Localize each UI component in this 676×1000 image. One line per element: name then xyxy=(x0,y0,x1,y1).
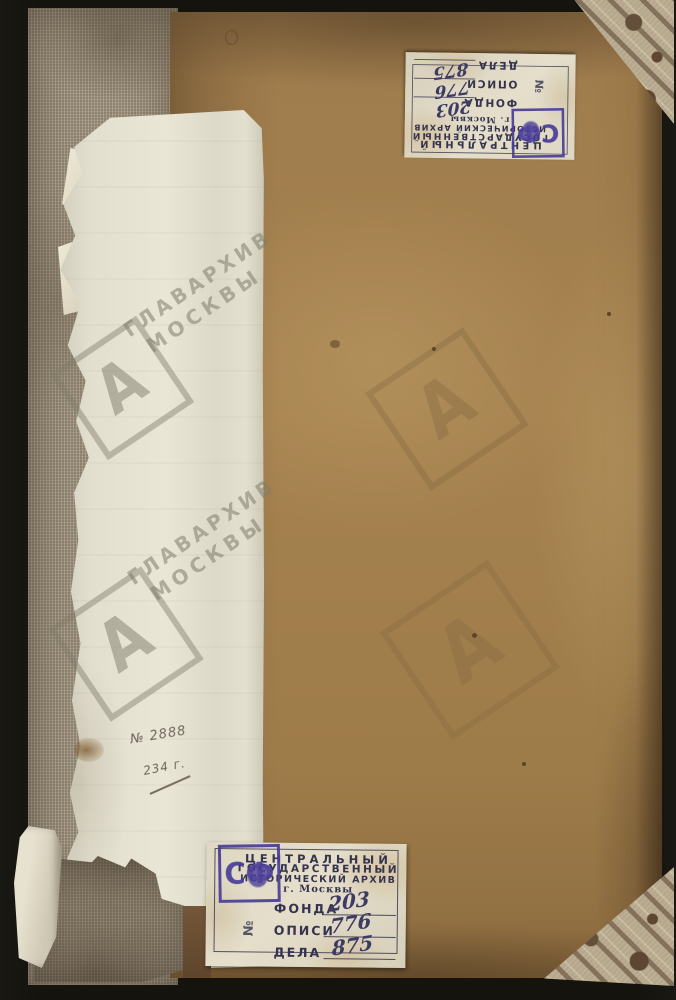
logo-letter: А xyxy=(83,596,167,689)
paper-speck xyxy=(522,762,526,766)
paper-speck xyxy=(607,312,611,316)
delo-label: ДЕЛА xyxy=(273,945,321,960)
opis-label: ОПИСИ xyxy=(465,78,517,91)
cover-edge-shading xyxy=(636,12,662,978)
sf-stamp: СФ xyxy=(511,108,564,158)
logo-letter: А xyxy=(401,358,490,456)
archive-label-top: ЦЕНТРАЛЬНЫЙ ГОСУДАРСТВЕННЫЙ ИСТОРИЧЕСКИЙ… xyxy=(404,52,575,160)
archival-cover-scan: А А ГЛАВАРХИВ МОСКВЫ А ГЛАВАРХИВ МОСКВЫ … xyxy=(0,0,676,1000)
delo-value: 875 xyxy=(332,930,373,960)
paper-ring-mark xyxy=(225,30,238,45)
archive-label-bottom: ЦЕНТРАЛЬНЫЙ ГОСУДАРСТВЕННЫЙ ИСТОРИЧЕСКИЙ… xyxy=(205,842,406,968)
logo-letter: А xyxy=(420,594,518,702)
number-sign: № xyxy=(231,913,271,943)
stain xyxy=(74,738,104,762)
number-sign: № xyxy=(520,73,554,99)
sf-stamp: СФ xyxy=(218,844,281,903)
delo-label: ДЕЛА xyxy=(477,59,518,72)
logo-letter: А xyxy=(82,343,160,429)
sf-stamp-blob xyxy=(247,862,268,887)
stain xyxy=(330,340,340,348)
sf-stamp-blob xyxy=(522,121,540,142)
